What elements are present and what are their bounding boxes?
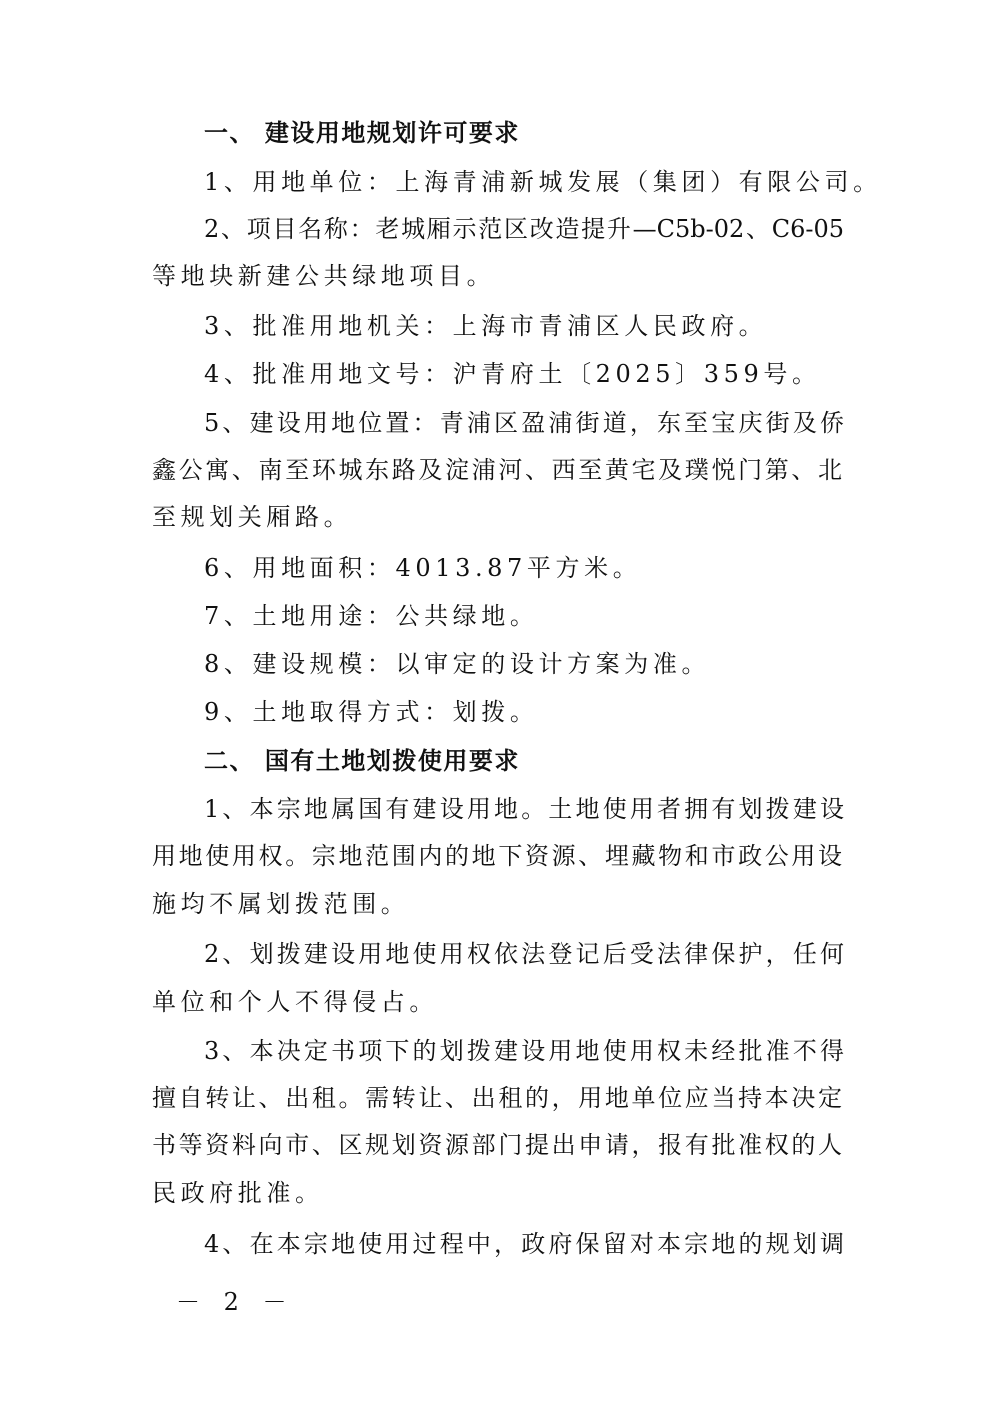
item-approving-authority: 3、批准用地机关：上海市青浦区人民政府。 xyxy=(204,303,844,349)
req-3-cont-2: 书等资料向市、区规划资源部门提出申请，报有批准权的人 xyxy=(152,1122,842,1168)
item-project-name-cont: 等地块新建公共绿地项目。 xyxy=(152,253,842,299)
req-1: 1、本宗地属国有建设用地。土地使用者拥有划拨建设 xyxy=(204,786,844,832)
item-acquisition-method: 9、土地取得方式：划拨。 xyxy=(204,689,844,735)
item-location-cont-2: 至规划关厢路。 xyxy=(152,494,842,540)
item-land-use: 7、土地用途：公共绿地。 xyxy=(204,593,844,639)
section-1-heading: 一、 建设用地规划许可要求 xyxy=(204,110,844,156)
item-location: 5、建设用地位置：青浦区盈浦街道，东至宝庆街及侨 xyxy=(204,400,844,446)
req-1-cont-1: 用地使用权。宗地范围内的地下资源、埋藏物和市政公用设 xyxy=(152,833,842,879)
section-2-heading: 二、 国有土地划拨使用要求 xyxy=(204,738,844,784)
item-land-area: 6、用地面积：4013.87平方米。 xyxy=(204,545,844,591)
document-page: 一、 建设用地规划许可要求 1、用地单位：上海青浦新城发展（集团）有限公司。 2… xyxy=(0,0,992,1403)
req-4: 4、在本宗地使用过程中，政府保留对本宗地的规划调 xyxy=(204,1221,844,1267)
item-approval-number: 4、批准用地文号：沪青府土〔2025〕359号。 xyxy=(204,351,844,397)
page-number: － 2 － xyxy=(176,1287,295,1317)
req-3-cont-1: 擅自转让、出租。需转让、出租的，用地单位应当持本决定 xyxy=(152,1075,842,1121)
item-construction-scale: 8、建设规模：以审定的设计方案为准。 xyxy=(204,641,844,687)
item-location-cont-1: 鑫公寓、南至环城东路及淀浦河、西至黄宅及璞悦门第、北 xyxy=(152,447,842,493)
item-project-name: 2、项目名称：老城厢示范区改造提升—C5b-02、C6-05 xyxy=(204,206,844,252)
req-3: 3、本决定书项下的划拨建设用地使用权未经批准不得 xyxy=(204,1028,844,1074)
item-land-user: 1、用地单位：上海青浦新城发展（集团）有限公司。 xyxy=(204,159,844,205)
req-2: 2、划拨建设用地使用权依法登记后受法律保护，任何 xyxy=(204,931,844,977)
req-3-cont-3: 民政府批准。 xyxy=(152,1170,842,1216)
req-1-cont-2: 施均不属划拨范围。 xyxy=(152,881,842,927)
req-2-cont: 单位和个人不得侵占。 xyxy=(152,979,842,1025)
